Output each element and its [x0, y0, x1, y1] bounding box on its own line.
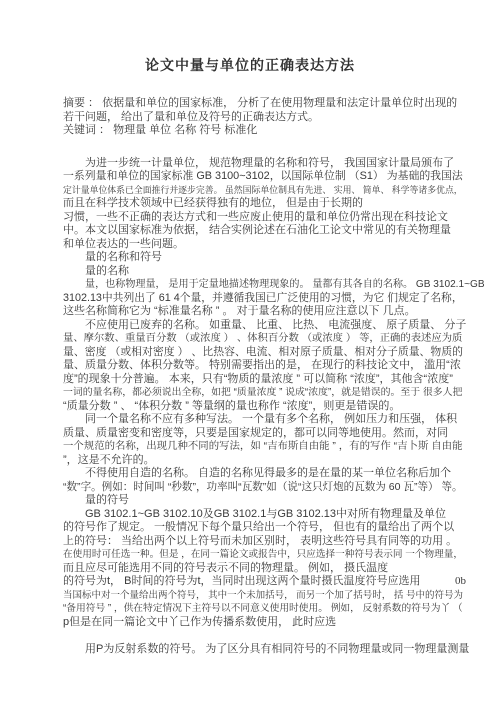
text-line-content: 上的符号： 当给出两个以上符号而未加区别时， 表明这些符号具有同等的功用 。: [63, 535, 457, 549]
text-line: 而且在科学技术领域中已经获得独有的地位， 但是由于长期的: [63, 197, 500, 211]
text-line-content: 量，也称物理量， 是用于定量地描述物理现象的。 量都有其各自的名称。 GB 31…: [85, 278, 485, 292]
text-line: 量的名称和符号: [63, 251, 500, 265]
paper-title: 论文中量与单位的正确表达方法: [0, 0, 500, 75]
text-line: “质量分数 ” 、 “体积分数 ” 等量纲的量也称作 “浓度”，则更是错误的。: [63, 400, 500, 414]
text-line-content: 若干问题， 给出了量和单位及符号的正确表达方式。: [63, 111, 319, 125]
text-line-content: 量的名称和符号: [85, 251, 162, 265]
text-line-content: 用P为反射系数的符号。 为了区分具有相同符号的不同物理量或同一物理量测量: [85, 643, 469, 657]
text-line-content: 量、摩尔数、重量百分数 （或浓度 ） 、体积百分数 （或浓度 ） 等，正确的表述…: [63, 332, 462, 346]
text-line: 这些名称简称它为 “标准量名称 ” 。 对于量名称的使用应注意以下 几点。: [63, 305, 500, 319]
text-line: 中。本文以国家标准为依据， 结合实例论述在石油化工论文中常见的有关物理量: [63, 224, 500, 238]
text-line: p但是在同一篇论文中丫己作为传播系数使用， 此时应选: [63, 616, 500, 630]
text-line: 3102.13中共列出了 61 4个量，并遵循我国已广泛使用的习惯，为它 们规定…: [63, 292, 500, 306]
text-line-content: 习惯，一些不正确的表达方式和一些应废止使用的量和单位仍常出现在科技论文: [63, 211, 448, 225]
text-line-content: “数”字。例如：时间叫 “秒数”，功率叫“瓦数”如（说“这只灯炮的瓦数为 60 …: [63, 481, 463, 495]
text-line: 一个规范的名称，出现几种不同的写法，如 “吉布斯自由能 ” ，有的写作 “吉卜斯…: [63, 440, 500, 454]
text-line: “数”字。例如：时间叫 “秒数”，功率叫“瓦数”如（说“这只灯炮的瓦数为 60 …: [63, 481, 500, 495]
text-line-content: 和单位表达的一些问题。: [63, 238, 184, 252]
text-line: 当国标中对一个量给出两个符号， 其中一个未加括号， 而另一个加了括号时， 括 号…: [63, 589, 500, 603]
text-line-content: 关键词 ： 物理量 单位 名称 符号 标准化: [63, 124, 257, 138]
text-line-content: 一系列量和单位的国家标准 GB 3100~3102，以国际单位制 （S1） 为基…: [63, 170, 463, 184]
text-line-content: 度”的现象十分普遍。 本来，只有“物质的量浓度 ” 可以简称 “浓度”，其他含“…: [63, 373, 453, 387]
text-line-content: 量、密度 （或相对密度 ） 、比热容、电流、相对原子质量、相对分子质量、物质的: [63, 346, 463, 360]
text-line: 量的符号: [63, 494, 500, 508]
text-line: ”，这是不允许的。: [63, 454, 500, 468]
text-line-content: 在使用时可任选一种。但是 ，在同一篇论文或报告中，只应选择一种符号表示同 一个物…: [63, 548, 463, 562]
text-line: 不得使用自造的名称。 自造的名称见得最多的是在量的某一单位名称后加个: [63, 467, 500, 481]
document-page: 论文中量与单位的正确表达方法 摘要 ： 依据量和单位的国家标准， 分析了在使用物…: [0, 0, 500, 708]
text-line-content: 而且在科学技术领域中已经获得独有的地位， 但是由于长期的: [63, 197, 363, 211]
text-line-content: 为进一步统一计量单位， 规范物理量的名称和符号， 我国国家计量局颁布了: [85, 157, 454, 171]
text-line-content: GB 3102.1~GB 3102.10及GB 3102.1与GB 3102.1…: [85, 508, 446, 522]
text-line: 量、质量分数、体积分数等。 特别需要指出的是， 在现行的科技论文中， 滥用“浓: [63, 359, 500, 373]
text-line-content: 摘要 ： 依据量和单位的国家标准， 分析了在使用物理量和法定计量单位时出现的: [63, 97, 457, 111]
text-line-content: 这些名称简称它为 “标准量名称 ” 。 对于量名称的使用应注意以下 几点。: [63, 305, 416, 319]
text-line: 质量、质量密变和密度等，只要是国家规定的，都可以同等地使用。然而，对同: [63, 427, 500, 441]
blank-line: [63, 629, 500, 643]
text-line: 的符号为t， B时间的符号为t，当同时出现这两个量时摄氏温度符号应选用0b: [63, 575, 500, 589]
text-line-content: 的符号为t， B时间的符号为t，当同时出现这两个量时摄氏温度符号应选用: [63, 575, 421, 589]
text-line-content: 3102.13中共列出了 61 4个量，并遵循我国已广泛使用的习惯，为它 们规定…: [63, 292, 463, 306]
right-aligned-note: 0b: [455, 575, 466, 589]
text-line: 而且应尽可能选用不同的符号表示不同的物理量。 例如， 摄氏温度: [63, 562, 500, 576]
abstract-block: 摘要 ： 依据量和单位的国家标准， 分析了在使用物理量和法定计量单位时出现的若干…: [63, 97, 500, 138]
text-line: 量、摩尔数、重量百分数 （或浓度 ） 、体积百分数 （或浓度 ） 等，正确的表述…: [63, 332, 500, 346]
text-line: 上的符号： 当给出两个以上符号而未加区别时， 表明这些符号具有同等的功用 。: [63, 535, 500, 549]
text-line: 关键词 ： 物理量 单位 名称 符号 标准化: [63, 124, 500, 138]
text-line: GB 3102.1~GB 3102.10及GB 3102.1与GB 3102.1…: [63, 508, 500, 522]
text-line-content: p但是在同一篇论文中丫己作为传播系数使用， 此时应选: [63, 616, 336, 630]
text-line: 量，也称物理量， 是用于定量地描述物理现象的。 量都有其各自的名称。 GB 31…: [63, 278, 500, 292]
text-line: 一词的量名称，都必须说出全称，如把 “质量浓度 ” 说成“浓度”，就是错误的。至…: [63, 386, 500, 400]
text-line-content: 同一个量名称不应有多种写法。 一个量有多个名称， 例如压力和压强， 体积: [85, 413, 457, 427]
text-line: 度”的现象十分普遍。 本来，只有“物质的量浓度 ” 可以简称 “浓度”，其他含“…: [63, 373, 500, 387]
text-line: 和单位表达的一些问题。: [63, 238, 500, 252]
text-line-content: 不得使用自造的名称。 自造的名称见得最多的是在量的某一单位名称后加个: [85, 467, 451, 481]
text-line: 用P为反射系数的符号。 为了区分具有相同符号的不同物理量或同一物理量测量: [63, 643, 500, 657]
text-line: 为进一步统一计量单位， 规范物理量的名称和符号， 我国国家计量局颁布了: [63, 157, 500, 171]
text-line: 在使用时可任选一种。但是 ，在同一篇论文或报告中，只应选择一种符号表示同 一个物…: [63, 548, 500, 562]
text-line-content: 中。本文以国家标准为依据， 结合实例论述在石油化工论文中常见的有关物理量: [63, 224, 451, 238]
text-line: 若干问题， 给出了量和单位及符号的正确表达方式。: [63, 111, 500, 125]
text-line: 同一个量名称不应有多种写法。 一个量有多个名称， 例如压力和压强， 体积: [63, 413, 500, 427]
text-line-content: 一词的量名称，都必须说出全称，如把 “质量浓度 ” 说成“浓度”，就是错误的。至…: [63, 386, 462, 400]
text-line-content: 量的名称: [85, 265, 129, 279]
text-line-content: ”，这是不允许的。: [63, 454, 155, 468]
text-line-content: 定计量单位体系已全面推行并逐步完善。 虽然国际单位制具有先进、 实用、 简单、 …: [63, 184, 463, 198]
text-line: 不应使用已废弃的名称。 如重量、 比重、 比热、 电流强度、 原子质量、 分子: [63, 319, 500, 333]
text-line: 习惯，一些不正确的表达方式和一些应废止使用的量和单位仍常出现在科技论文: [63, 211, 500, 225]
text-line: 一系列量和单位的国家标准 GB 3100~3102，以国际单位制 （S1） 为基…: [63, 170, 500, 184]
text-line-content: 的符号作了规定。 一般情况下每个量只给出一个符号， 但也有的量给出了两个以: [63, 521, 454, 535]
text-line: 量的名称: [63, 265, 500, 279]
text-line-content: 质量、质量密变和密度等，只要是国家规定的，都可以同等地使用。然而，对同: [63, 427, 448, 441]
text-line: 定计量单位体系已全面推行并逐步完善。 虽然国际单位制具有先进、 实用、 简单、 …: [63, 184, 500, 198]
text-line: 摘要 ： 依据量和单位的国家标准， 分析了在使用物理量和法定计量单位时出现的: [63, 97, 500, 111]
text-line: “备用符号 ” ，供在特定情况下主符号以不同意义使用时使用。 例如， 反射系数的…: [63, 602, 500, 616]
text-line: 的符号作了规定。 一般情况下每个量只给出一个符号， 但也有的量给出了两个以: [63, 521, 500, 535]
text-line-content: “备用符号 ” ，供在特定情况下主符号以不同意义使用时使用。 例如， 反射系数的…: [63, 602, 463, 616]
text-line: 量、密度 （或相对密度 ） 、比热容、电流、相对原子质量、相对分子质量、物质的: [63, 346, 500, 360]
text-line-content: 量、质量分数、体积分数等。 特别需要指出的是， 在现行的科技论文中， 滥用“浓: [63, 359, 461, 373]
text-line-content: 不应使用已废弃的名称。 如重量、 比重、 比热、 电流强度、 原子质量、 分子: [85, 319, 466, 333]
text-line-content: 一个规范的名称，出现几种不同的写法，如 “吉布斯自由能 ” ，有的写作 “吉卜斯…: [63, 440, 462, 454]
body-text-block: 为进一步统一计量单位， 规范物理量的名称和符号， 我国国家计量局颁布了一系列量和…: [63, 157, 500, 657]
text-line-content: “质量分数 ” 、 “体积分数 ” 等量纲的量也称作 “浓度”，则更是错误的。: [63, 400, 400, 414]
text-line-content: 而且应尽可能选用不同的符号表示不同的物理量。 例如， 摄氏温度: [63, 562, 388, 576]
text-line-content: 量的符号: [85, 494, 129, 508]
text-line-content: 当国标中对一个量给出两个符号， 其中一个未加括号， 而另一个加了括号时， 括 号…: [63, 589, 463, 603]
